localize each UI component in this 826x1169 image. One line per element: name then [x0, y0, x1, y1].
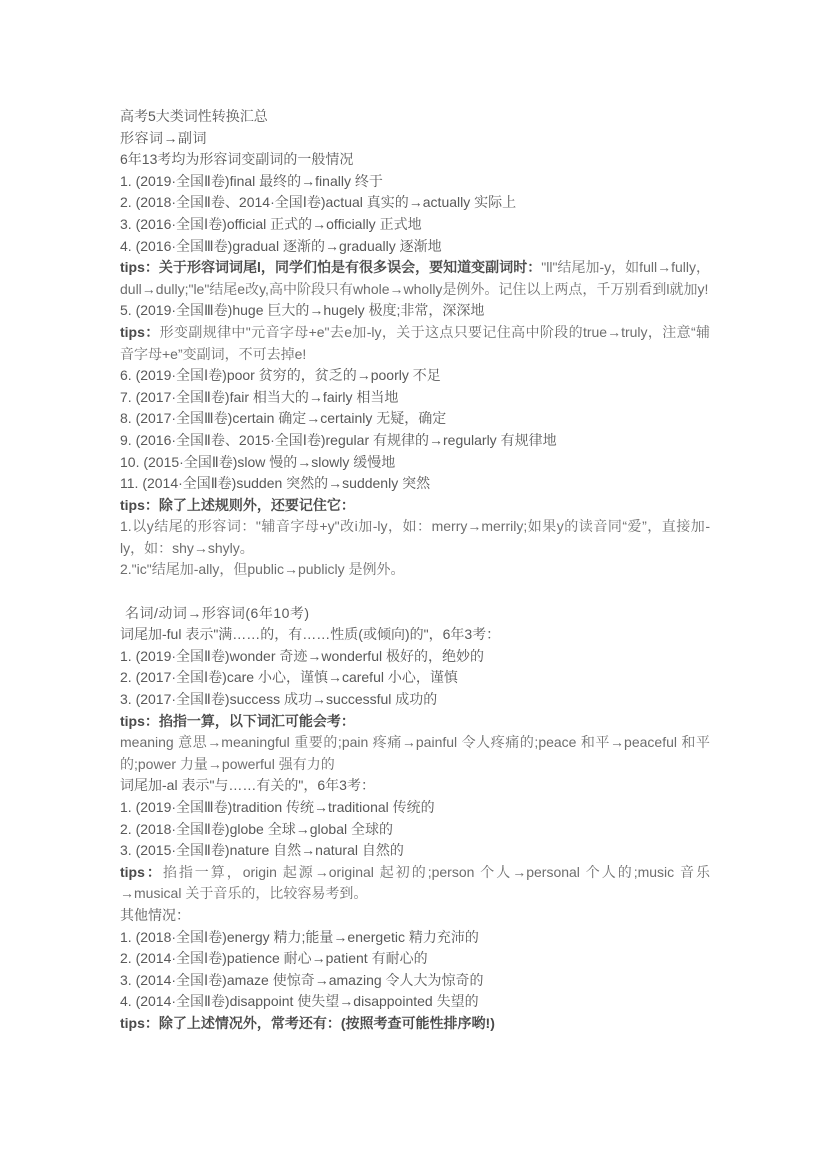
tips-body-text: 1.以y结尾的形容词："辅音字母+y"改i加-ly，如：merry→merril… — [120, 518, 710, 556]
text-segment-regular: 1. (2019·全国Ⅱ卷)final 最终的→finally 终于 — [120, 173, 383, 189]
rule-subheading-al: 词尾加-al 表示"与……有关的"，6年3考： — [120, 775, 710, 797]
spacer — [120, 581, 710, 603]
rule-subheading-general: 6年13考均为形容词变副词的一般情况 — [120, 149, 710, 171]
tips-label-bold: tips：关于形容词词尾l，同学们怕是有很多误会，要知道变副词时： — [120, 259, 541, 275]
text-segment-regular: 1. (2019·全国Ⅱ卷)wonder 奇迹→wonderful 极好的，绝妙… — [120, 648, 484, 664]
text-segment-regular: 3. (2016·全国Ⅰ卷)official 正式的→officially 正式… — [120, 216, 422, 232]
example-item: 10. (2015·全国Ⅱ卷)slow 慢的→slowly 缓慢地 — [120, 452, 710, 474]
example-item: 11. (2014·全国Ⅱ卷)sudden 突然的→suddenly 突然 — [120, 473, 710, 495]
example-item: 5. (2019·全国Ⅲ卷)huge 巨大的→hugely 极度;非常，深深地 — [120, 300, 710, 322]
document-body: 高考5大类词性转换汇总 形容词→副词 6年13考均为形容词变副词的一般情况 1.… — [120, 106, 710, 1035]
example-item: 6. (2019·全国Ⅰ卷)poor 贫穷的，贫乏的→poorly 不足 — [120, 365, 710, 387]
text-segment-regular: 4. (2014·全国Ⅱ卷)disappoint 使失望→disappointe… — [120, 993, 479, 1009]
example-item: 2. (2014·全国Ⅰ卷)patience 耐心→patient 有耐心的 — [120, 948, 710, 970]
text-segment-regular: 3. (2015·全国Ⅱ卷)nature 自然→natural 自然的 — [120, 842, 404, 858]
example-item: 3. (2015·全国Ⅱ卷)nature 自然→natural 自然的 — [120, 840, 710, 862]
text-segment-regular: 1. (2018·全国Ⅰ卷)energy 精力;能量→energetic 精力充… — [120, 929, 479, 945]
text-segment-regular: 11. (2014·全国Ⅱ卷)sudden 突然的→suddenly 突然 — [120, 475, 430, 491]
text-segment-regular: 5. (2019·全国Ⅲ卷)huge 巨大的→hugely 极度;非常，深深地 — [120, 302, 484, 318]
text-segment-regular: 1. (2019·全国Ⅲ卷)tradition 传统→traditional 传… — [120, 799, 435, 815]
text-segment-regular: 8. (2017·全国Ⅲ卷)certain 确定→certainly 无疑，确定 — [120, 410, 446, 426]
section-heading-adj-to-adv: 形容词→副词 — [120, 128, 710, 150]
example-item: 8. (2017·全国Ⅲ卷)certain 确定→certainly 无疑，确定 — [120, 408, 710, 430]
tips-label-bold: tips： — [120, 864, 163, 880]
text-segment-bold: 名词/动词→形容词(6年10考) — [125, 605, 310, 621]
text-segment-bold: 高考5大类词性转换汇总 — [120, 108, 268, 124]
tips-note: tips：掐指一算，以下词汇可能会考： — [120, 711, 710, 733]
example-item: 4. (2014·全国Ⅱ卷)disappoint 使失望→disappointe… — [120, 991, 710, 1013]
example-item: 2. (2018·全国Ⅱ卷)globe 全球→global 全球的 — [120, 819, 710, 841]
example-item: 3. (2014·全国Ⅰ卷)amaze 使惊奇→amazing 令人大为惊奇的 — [120, 970, 710, 992]
example-item: 1. (2019·全国Ⅱ卷)wonder 奇迹→wonderful 极好的，绝妙… — [120, 646, 710, 668]
tips-note: tips：除了上述规则外，还要记住它： — [120, 495, 710, 517]
text-segment-bold: 词尾加-ful 表示"满……的，有……性质(或倾向)的"，6年3考： — [120, 626, 500, 642]
text-segment-regular: 10. (2015·全国Ⅱ卷)slow 慢的→slowly 缓慢地 — [120, 454, 395, 470]
example-item: 1. (2019·全国Ⅲ卷)tradition 传统→traditional 传… — [120, 797, 710, 819]
tips-note: tips：掐指一算，origin 起源→original 起初的;person … — [120, 862, 710, 905]
doc-title: 高考5大类词性转换汇总 — [120, 106, 710, 128]
tips-body-text: meaning 意思→meaningful 重要的;pain 疼痛→painfu… — [120, 734, 710, 772]
tips-body-text: 2."ic"结尾加-ally，但public→publicly 是例外。 — [120, 561, 405, 577]
example-item: 1. (2018·全国Ⅰ卷)energy 精力;能量→energetic 精力充… — [120, 927, 710, 949]
text-segment-regular: 4. (2016·全国Ⅲ卷)gradual 逐渐的→gradually 逐渐地 — [120, 238, 442, 254]
section-heading-noun-verb-to-adj: 名词/动词→形容词(6年10考) — [120, 603, 710, 625]
tips-label-bold: tips：除了上述规则外，还要记住它： — [120, 497, 355, 513]
example-item: 2. (2017·全国Ⅰ卷)care 小心，谨慎→careful 小心，谨慎 — [120, 667, 710, 689]
example-item: 3. (2017·全国Ⅱ卷)success 成功→successful 成功的 — [120, 689, 710, 711]
example-item: 7. (2017·全国Ⅱ卷)fair 相当大的→fairly 相当地 — [120, 387, 710, 409]
text-segment-regular: 2. (2017·全国Ⅰ卷)care 小心，谨慎→careful 小心，谨慎 — [120, 669, 458, 685]
text-segment-regular: 2. (2014·全国Ⅰ卷)patience 耐心→patient 有耐心的 — [120, 950, 428, 966]
text-segment-regular: 2. (2018·全国Ⅱ卷、2014·全国Ⅰ卷)actual 真实的→actua… — [120, 194, 516, 210]
text-segment-regular: 9. (2016·全国Ⅱ卷、2015·全国Ⅰ卷)regular 有规律的→reg… — [120, 432, 557, 448]
text-segment-bold: 词尾加-al 表示"与……有关的"，6年3考： — [120, 777, 375, 793]
tips-label-bold: tips：除了上述情况外，常考还有：(按照考查可能性排序哟!) — [120, 1015, 495, 1031]
example-item: 1. (2019·全国Ⅱ卷)final 最终的→finally 终于 — [120, 171, 710, 193]
tips-label-bold: tips： — [120, 324, 160, 340]
tips-body-text: 掐指一算，origin 起源→original 起初的;person 个人→pe… — [120, 864, 710, 902]
text-segment-regular: 2. (2018·全国Ⅱ卷)globe 全球→global 全球的 — [120, 821, 393, 837]
rule-subheading-other: 其他情况： — [120, 905, 710, 927]
example-item: 2. (2018·全国Ⅱ卷、2014·全国Ⅰ卷)actual 真实的→actua… — [120, 192, 710, 214]
text-segment-regular: 7. (2017·全国Ⅱ卷)fair 相当大的→fairly 相当地 — [120, 389, 398, 405]
text-segment-bold: 其他情况： — [120, 907, 190, 923]
text-segment-regular: 3. (2017·全国Ⅱ卷)success 成功→successful 成功的 — [120, 691, 437, 707]
example-item: 9. (2016·全国Ⅱ卷、2015·全国Ⅰ卷)regular 有规律的→reg… — [120, 430, 710, 452]
tips-body-text: 形变副规律中"元音字母+e"去e加-ly，关于这点只要记住高中阶段的true→t… — [120, 324, 710, 362]
text-segment-bold: 6年13考均为形容词变副词的一般情况 — [120, 151, 353, 167]
tips-detail: meaning 意思→meaningful 重要的;pain 疼痛→painfu… — [120, 732, 710, 775]
text-segment-regular: 3. (2014·全国Ⅰ卷)amaze 使惊奇→amazing 令人大为惊奇的 — [120, 972, 484, 988]
tips-label-bold: tips：掐指一算，以下词汇可能会考： — [120, 713, 355, 729]
text-segment-bold: 形容词→副词 — [120, 130, 207, 146]
tips-note: tips：关于形容词词尾l，同学们怕是有很多误会，要知道变副词时："ll"结尾加… — [120, 257, 710, 300]
tips-detail: 1.以y结尾的形容词："辅音字母+y"改i加-ly，如：merry→merril… — [120, 516, 710, 559]
tips-note: tips：形变副规律中"元音字母+e"去e加-ly，关于这点只要记住高中阶段的t… — [120, 322, 710, 365]
tips-detail: 2."ic"结尾加-ally，但public→publicly 是例外。 — [120, 559, 710, 581]
text-segment-regular: 6. (2019·全国Ⅰ卷)poor 贫穷的，贫乏的→poorly 不足 — [120, 367, 441, 383]
example-item: 3. (2016·全国Ⅰ卷)official 正式的→officially 正式… — [120, 214, 710, 236]
rule-subheading-ful: 词尾加-ful 表示"满……的，有……性质(或倾向)的"，6年3考： — [120, 624, 710, 646]
example-item: 4. (2016·全国Ⅲ卷)gradual 逐渐的→gradually 逐渐地 — [120, 236, 710, 258]
tips-note: tips：除了上述情况外，常考还有：(按照考查可能性排序哟!) — [120, 1013, 710, 1035]
document-page: 高考5大类词性转换汇总 形容词→副词 6年13考均为形容词变副词的一般情况 1.… — [0, 0, 826, 1169]
